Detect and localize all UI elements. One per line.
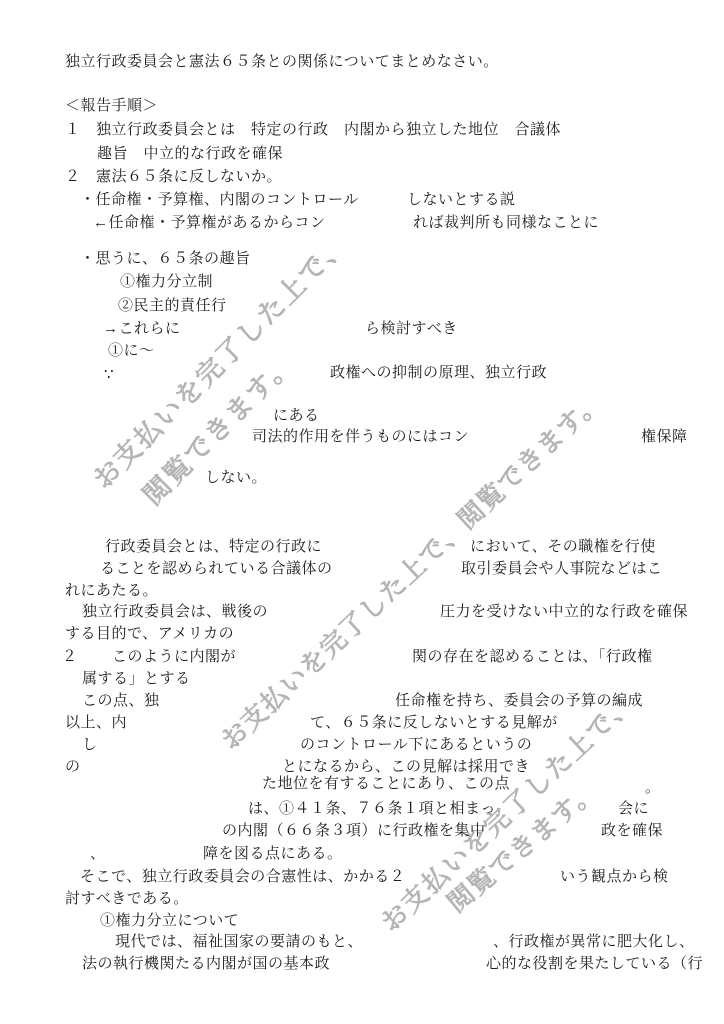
text-fragment: ２ 憲法６５条に反しないか。 bbox=[65, 168, 282, 187]
text-fragment: 属する」とする bbox=[82, 670, 191, 689]
text-fragment: ・任命権・予算権、内閣のコントロール bbox=[80, 191, 359, 210]
text-fragment: 政を確保 bbox=[601, 822, 663, 841]
text-fragment: ①に～ bbox=[108, 342, 155, 361]
text-fragment: このように内閣が bbox=[112, 648, 236, 667]
text-fragment: ①権力分立制 bbox=[120, 273, 213, 292]
text-fragment: ２ bbox=[62, 648, 78, 667]
text-fragment: 独立行政委員会と憲法６５条との関係についてまとめなさい。 bbox=[65, 53, 499, 72]
text-fragment: ・思うに、６５条の趣旨 bbox=[80, 250, 251, 269]
text-fragment: ることを認められている合議体の bbox=[100, 560, 333, 579]
text-fragment: れにあたる。 bbox=[65, 582, 158, 601]
text-fragment: にある bbox=[273, 407, 320, 426]
text-fragment: いう観点から検 bbox=[560, 868, 669, 887]
text-fragment: において、その職権を行使 bbox=[470, 538, 656, 557]
text-fragment: する目的で、アメリカの bbox=[65, 625, 234, 644]
text-fragment: 独立行政委員会は、戦後の bbox=[82, 603, 268, 622]
text-fragment: の内閣（６６条３項）に行政権を集中 bbox=[222, 822, 486, 841]
text-fragment: た地位を有することにあり、この点 bbox=[262, 775, 510, 794]
text-fragment: そこで、独立行政委員会の合憲性は、かかる２ bbox=[80, 868, 405, 887]
text-fragment: ①権力分立について bbox=[100, 912, 239, 931]
text-fragment: しないとする説 bbox=[407, 191, 516, 210]
text-fragment: 行政委員会とは、特定の行政に bbox=[105, 538, 322, 557]
text-fragment: ②民主的責任行 bbox=[118, 297, 227, 316]
text-fragment: 取引委員会や人事院などはこ bbox=[461, 560, 663, 579]
text-fragment: 、行政権が異常に肥大化し、 bbox=[493, 933, 695, 952]
text-fragment: 討すべきである。 bbox=[65, 890, 189, 909]
text-fragment: 会に bbox=[618, 800, 649, 819]
text-fragment: て、６５条に反しないとする見解が bbox=[310, 714, 558, 733]
text-fragment: しない。 bbox=[205, 469, 267, 488]
text-fragment: ら検討すべき bbox=[365, 320, 458, 339]
text-fragment: ←任命権・予算権があるからコン bbox=[93, 214, 326, 233]
text-fragment: は、①４１条、７６条１項と相まっ bbox=[248, 800, 496, 819]
text-fragment: 。 bbox=[645, 779, 661, 798]
text-fragment: 司法的作用を伴うものにはコン bbox=[252, 428, 469, 447]
text-fragment: の bbox=[65, 758, 81, 777]
text-fragment: れば裁判所も同様なことに bbox=[413, 214, 599, 233]
document-text-layer: 独立行政委員会と憲法６５条との関係についてまとめなさい。＜報告手順＞１ 独立行政… bbox=[0, 0, 724, 1024]
text-fragment: し bbox=[82, 736, 98, 755]
text-fragment: のコントロール下にあるというの bbox=[300, 736, 532, 755]
text-fragment: 以上、内 bbox=[65, 714, 127, 733]
text-fragment: 権保障 bbox=[641, 428, 688, 447]
text-fragment: 趣旨 中立的な行政を確保 bbox=[97, 145, 283, 164]
text-fragment: １ 独立行政委員会とは 特定の行政 内閣から独立した地位 合議体 bbox=[65, 121, 561, 140]
text-fragment: ∵ bbox=[104, 366, 114, 385]
text-fragment: 政権への抑制の原理、独立行政 bbox=[330, 364, 547, 383]
text-fragment: 法の執行機関たる内閣が国の基本政 bbox=[82, 955, 330, 974]
document-page: お支払いを完了した上で、閲覧できます。お支払いを完了した上で、閲覧できます。お支… bbox=[0, 0, 724, 1024]
text-fragment: 、 bbox=[90, 845, 106, 864]
text-fragment: この点、独 bbox=[82, 692, 160, 711]
text-fragment: 障を図る点にある。 bbox=[203, 845, 343, 864]
text-fragment: ＜報告手順＞ bbox=[65, 97, 158, 116]
text-fragment: 任命権を持ち、委員会の予算の編成 bbox=[395, 692, 643, 711]
text-fragment: 現代では、福祉国家の要請のもと、 bbox=[115, 933, 363, 952]
text-fragment: 関の存在を認めることは、「行政権 bbox=[412, 648, 653, 667]
text-fragment: 圧力を受けない中立的な行政を確保 bbox=[440, 603, 688, 622]
text-fragment: 心的な役割を果たしている（行 bbox=[486, 955, 703, 974]
text-fragment: →これらに bbox=[103, 320, 181, 339]
